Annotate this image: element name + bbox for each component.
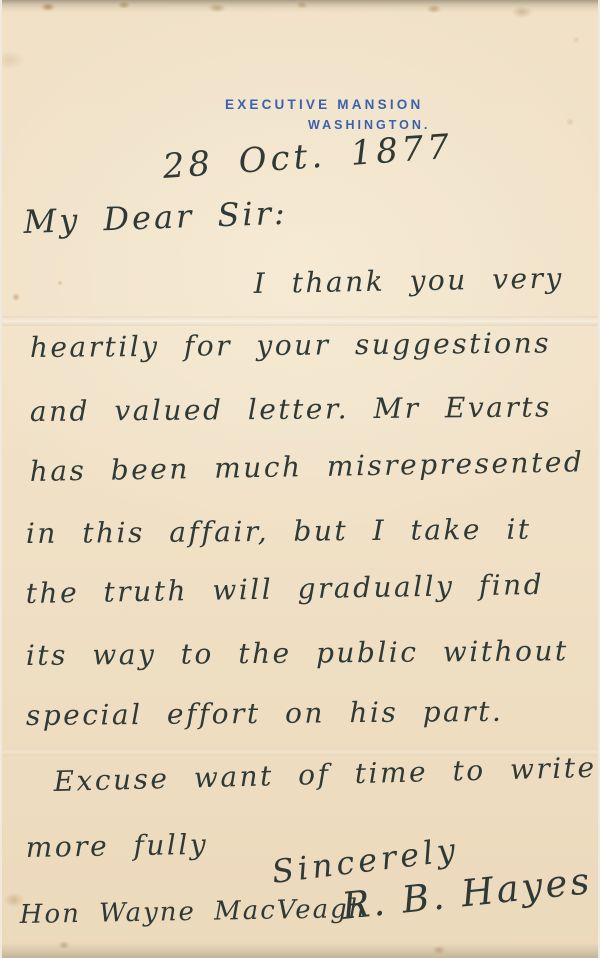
body-line: I thank you very xyxy=(254,265,564,298)
salutation: My Dear Sir: xyxy=(23,197,288,238)
letter-paper: EXECUTIVE MANSION WASHINGTON. 28 Oct. 18… xyxy=(2,0,598,958)
addressee: Hon Wayne MacVeagh xyxy=(20,896,368,928)
body-line: and valued letter. Mr Evarts xyxy=(30,393,552,426)
body-line: heartily for your suggestions xyxy=(30,329,551,362)
body-line: special effort on his part. xyxy=(26,698,504,730)
letter-scan: EXECUTIVE MANSION WASHINGTON. 28 Oct. 18… xyxy=(0,0,600,958)
letterhead-executive-mansion: EXECUTIVE MANSION xyxy=(225,97,423,112)
body-line: in this affair, but I take it xyxy=(26,516,532,548)
body-line: its way to the public without xyxy=(26,637,569,670)
postscript-line: more fully xyxy=(26,831,209,862)
